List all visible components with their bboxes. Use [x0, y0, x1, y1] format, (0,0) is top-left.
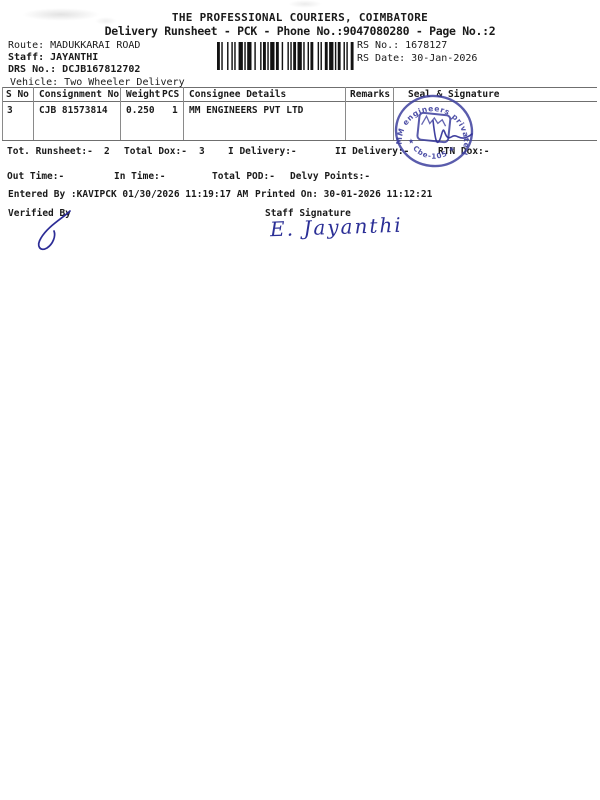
total-pod-label: Total POD:-	[212, 171, 275, 182]
col-header-consignee: Consignee Details	[189, 89, 286, 100]
rs-no-line: RS No.: 1678127	[357, 40, 447, 52]
total-dox-value: 3	[199, 146, 205, 157]
runsheet-title: Delivery Runsheet - PCK - Phone No.:9047…	[0, 24, 600, 38]
table-col-line	[345, 87, 346, 140]
in-time-label: In Time:-	[114, 171, 165, 182]
table-header-border	[2, 101, 597, 102]
verified-signature-mark	[26, 209, 76, 253]
tot-runsheet-label: Tot. Runsheet:-	[7, 146, 93, 157]
staff-line: Staff: JAYANTHI	[8, 52, 98, 64]
i-delivery-label: I Delivery:-	[228, 146, 297, 157]
drs-barcode	[217, 42, 355, 70]
company-seal-stamp: MM engineers private limited ★ Cbe-105 ★	[388, 89, 479, 173]
out-time-label: Out Time:-	[7, 171, 64, 182]
col-header-remarks: Remarks	[350, 89, 390, 100]
table-col-line	[120, 87, 121, 140]
table-col-line	[183, 87, 184, 140]
row-pcs: 1	[172, 105, 178, 116]
col-header-sno: S No	[6, 89, 29, 100]
entered-by-line: Entered By :KAVIPCK 01/30/2026 11:19:17 …	[8, 189, 248, 200]
table-bottom-border	[2, 140, 597, 141]
row-weight: 0.250	[126, 105, 155, 116]
company-title: THE PROFESSIONAL COURIERS, COIMBATORE	[0, 11, 600, 24]
tot-runsheet-value: 2	[104, 146, 110, 157]
staff-signature-handwriting: E. Jayanthi	[270, 213, 403, 242]
table-top-border	[2, 87, 597, 88]
scan-smudge	[288, 0, 322, 8]
table-col-line	[2, 87, 3, 140]
printed-on-line: Printed On: 30-01-2026 11:12:21	[255, 189, 432, 200]
rs-date-line: RS Date: 30-Jan-2026	[357, 53, 477, 65]
row-sno: 3	[7, 105, 13, 116]
row-consignee: MM ENGINEERS PVT LTD	[189, 105, 303, 116]
col-header-consignment: Consignment No	[39, 89, 119, 100]
row-consignment: CJB 81573814	[39, 105, 108, 116]
total-dox-label: Total Dox:-	[124, 146, 187, 157]
document-page: THE PROFESSIONAL COURIERS, COIMBATORE De…	[0, 0, 600, 800]
delvy-points-label: Delvy Points:-	[290, 171, 370, 182]
route-line: Route: MADUKKARAI ROAD	[8, 40, 140, 52]
col-header-pcs: PCS	[162, 89, 179, 100]
drs-no-line: DRS No.: DCJB167812702	[8, 64, 140, 76]
table-col-line	[33, 87, 34, 140]
col-header-weight: Weight	[126, 89, 160, 100]
